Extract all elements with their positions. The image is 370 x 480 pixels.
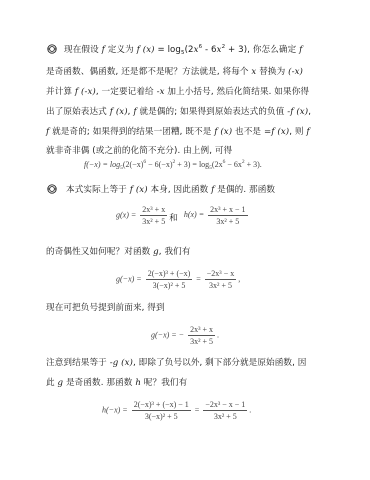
equation-f-neg-x: f(−x) = log5(2(−x)6 − 6(−x)2 + 3) = log5… — [84, 160, 262, 169]
p1-line1: 现在假设 f 定义为 f (x) = log5(2x6 - 6x2 + 3), … — [64, 44, 302, 56]
p1-line6: 就非奇非偶 (或之前的化简不充分). 由上例, 可得 — [46, 145, 232, 157]
p4-line1: 现在可把负号提到前面来, 得到 — [46, 302, 165, 314]
p1-line5: f 就是奇的; 如果得到的结果一团糟, 既不是 f (x) 也不是 =f (x)… — [46, 126, 310, 138]
fraction: 2x³ + x − 13x² + 5 — [208, 205, 247, 226]
textbook-page: 现在假设 f 定义为 f (x) = log5(2x6 - 6x2 + 3), … — [0, 0, 370, 480]
fraction: 2x³ + x3x² + 5 — [188, 325, 215, 346]
fraction: −2x³ − x − 13x² + 5 — [203, 400, 247, 421]
equation-g-and-h: g(x) = 2x³ + x3x² + 5和 h(x) = 2x³ + x − … — [116, 205, 250, 226]
equation-h-neg-x: h(−x) = 2(−x)³ + (−x) − 13(−x)² + 5 = −2… — [102, 400, 251, 421]
fraction: −2x³ − x3x² + 5 — [205, 269, 236, 290]
p1-line4: 出了原始表达式 f (x), f 就是偶的; 如果得到原始表达式的负值 -f (… — [46, 106, 311, 118]
p5-line1: 注意到结果等于 -g (x), 即除了负号以外, 剩下部分就是原始函数, 因 — [46, 357, 306, 369]
fraction: 2(−x)³ + (−x) − 13(−x)² + 5 — [132, 400, 191, 421]
p3-line1: 的奇偶性又如何呢？对函数 g, 我们有 — [46, 246, 191, 258]
target-bullet-icon — [47, 44, 57, 54]
equation-g-neg-x-simplified: g(−x) = − 2x³ + x3x² + 5. — [151, 325, 219, 346]
p5-line2: 此 g 是奇函数. 那函数 h 呢？我们有 — [46, 377, 187, 389]
p1-line3: 并计算 f (-x), 一定要记着给 -x 加上小括号, 然后化简结果. 如果你… — [46, 86, 309, 98]
equation-g-neg-x: g(−x) = 2(−x)³ + (−x)3(−x)² + 5 = −2x³ −… — [116, 269, 240, 290]
p2-line1: 本式实际上等于 f (x) 本身, 因此函数 f 是偶的. 那函数 — [66, 184, 275, 196]
fraction: 2x³ + x3x² + 5 — [140, 205, 167, 226]
p1-line2: 是奇函数、偶函数, 还是都不是呢？方法就是, 将每个 x 替换为 (-x) — [46, 66, 303, 78]
target-bullet-icon — [47, 184, 57, 194]
fraction: 2(−x)³ + (−x)3(−x)² + 5 — [146, 269, 193, 290]
